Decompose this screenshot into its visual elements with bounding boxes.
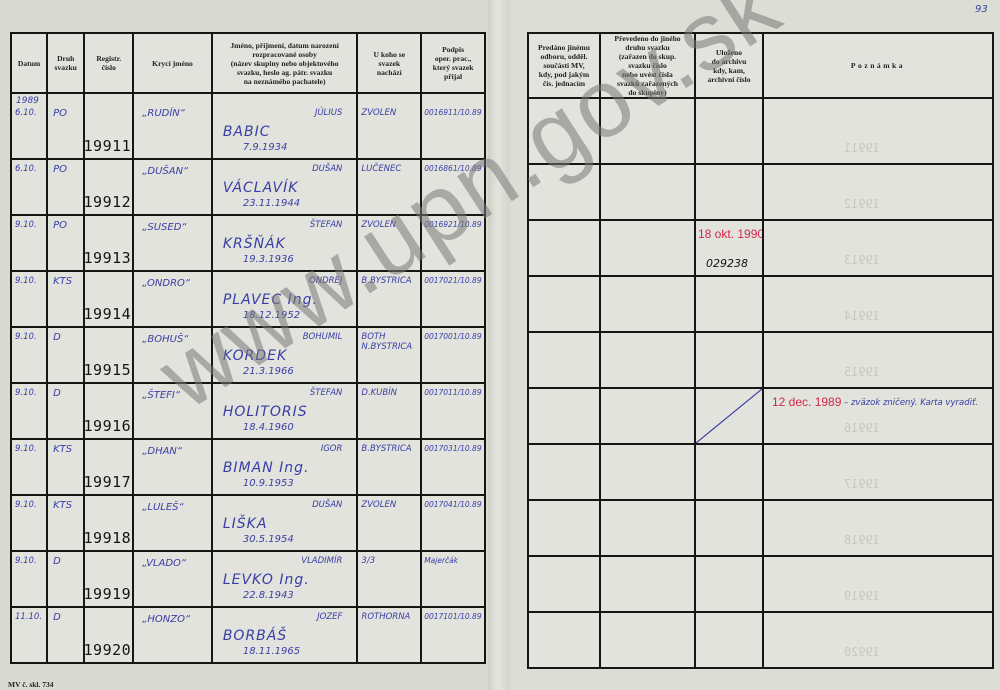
bleed-through-number: 19911 (844, 141, 880, 155)
date-cell: 9.10. (11, 215, 47, 271)
converted-cell (600, 556, 695, 612)
location: D.KUBÍN (361, 388, 415, 398)
bleed-through-number: 19918 (844, 533, 880, 547)
table-row-right: 1991612 dec. 1989– zväzok zničený. Karta… (528, 388, 993, 444)
bleed-through-number: 19912 (844, 197, 880, 211)
table-row-right: 19914 (528, 276, 993, 332)
cover-name: „SUSED“ (142, 222, 186, 233)
signature-cell: 0017041/10.89 (421, 495, 485, 551)
first-name: DUŠAN (312, 500, 342, 510)
date-cell: 9.10. (11, 383, 47, 439)
reg-cell: 19915 (84, 327, 133, 383)
location: ZVOLEN (361, 500, 415, 510)
reg-cell: 19919 (84, 551, 133, 607)
transferred-cell (528, 500, 600, 556)
file-type: D (53, 612, 61, 623)
table-row-right: 19917 (528, 444, 993, 500)
person-cell: BOHUMILKORDEK21.3.1966 (212, 327, 358, 383)
reg-cell: 19920 (84, 607, 133, 663)
bleed-through-number: 19915 (844, 365, 880, 379)
form-code: MV č. skl. 734 (8, 680, 54, 689)
birth-date: 22.8.1943 (243, 590, 294, 601)
bleed-through-number: 19920 (844, 645, 880, 659)
table-row-right: 19912 (528, 164, 993, 220)
signature: 0017101/10.89 (424, 612, 481, 621)
note-text: – zväzok zničený. Karta vyradiť. (844, 395, 984, 411)
date: 9.10. (15, 388, 37, 398)
location-cell: 3/3 (357, 551, 421, 607)
last-name: VÁCLAVÍK (223, 180, 299, 196)
last-name: KRŠŇÁK (223, 236, 286, 252)
signature: 0017021/10.89 (424, 276, 481, 285)
location: LUČENEC (361, 164, 415, 174)
signature: Majerčák (424, 556, 458, 565)
table-row-right: 19920 (528, 612, 993, 668)
table-row: 11.10.D19920„HONZO“JOZEFBORBÁŠ18.11.1965… (11, 607, 485, 663)
converted-cell (600, 164, 695, 220)
birth-date: 21.3.1966 (243, 366, 294, 377)
note-cell: 19913 (763, 220, 993, 276)
register-table-left: Datum Druh svazku Registr. číslo Krycí j… (10, 32, 486, 664)
location: ROTHORNA (361, 612, 415, 622)
location: B.BYSTRICA (361, 276, 415, 286)
signature-cell: Majerčák (421, 551, 485, 607)
file-type: D (53, 332, 61, 343)
person-cell: ŠTEFANKRŠŇÁK19.3.1936 (212, 215, 358, 271)
cover-name: „DUŠAN“ (142, 166, 188, 177)
note-cell: 19912 (763, 164, 993, 220)
location: ZVOLEN (361, 108, 415, 118)
table-row: 9.10.D19915„BOHUŠ“BOHUMILKORDEK21.3.1966… (11, 327, 485, 383)
reg-cell: 19914 (84, 271, 133, 327)
location-cell: B.BYSTRICA (357, 271, 421, 327)
note-cell: 19915 (763, 332, 993, 388)
archived-cell (695, 98, 763, 164)
transferred-cell (528, 612, 600, 668)
reg-number: 19914 (84, 305, 131, 323)
bleed-through-number: 19913 (844, 253, 880, 267)
type-cell: PO (47, 215, 84, 271)
register-table-right: Predáno jinému odboru, odděl. součásti M… (527, 32, 994, 669)
person-cell: ŠTEFANHOLITORIS18.4.1960 (212, 383, 358, 439)
signature-cell: 0017101/10.89 (421, 607, 485, 663)
archive-number: 029238 (706, 257, 748, 270)
last-name: PLAVEC Ing. (223, 292, 318, 308)
header-signature: Podpis oper. prac., který svazek přijal (421, 33, 485, 93)
note-cell: 19918 (763, 500, 993, 556)
location-cell: ZVOLEN (357, 215, 421, 271)
signature-cell: 0016911/10.89 (421, 93, 485, 159)
header-cover-name: Krycí jméno (133, 33, 212, 93)
note-cell: 1991612 dec. 1989– zväzok zničený. Karta… (763, 388, 993, 444)
birth-date: 30.5.1954 (243, 534, 294, 545)
transferred-cell (528, 276, 600, 332)
header-transferred: Predáno jinému odboru, odděl. součásti M… (528, 33, 600, 98)
transferred-cell (528, 220, 600, 276)
reg-cell: 19918 (84, 495, 133, 551)
table-row-right: 18 okt. 199002923819913 (528, 220, 993, 276)
last-name: KORDEK (223, 348, 287, 364)
archived-cell (695, 164, 763, 220)
year-label: 1989 (16, 96, 39, 106)
type-cell: D (47, 551, 84, 607)
crossed-out-mark (696, 389, 762, 443)
cover-cell: „HONZO“ (133, 607, 212, 663)
date-cell: 19896.10. (11, 93, 47, 159)
header-date: Datum (11, 33, 47, 93)
date-cell: 6.10. (11, 159, 47, 215)
signature: 0016911/10.89 (424, 108, 481, 117)
birth-date: 19.3.1936 (243, 254, 294, 265)
file-type: KTS (53, 444, 72, 455)
header-converted: Převedeno do jiného druhu svazku (zařaze… (600, 33, 695, 98)
location-cell: B.BYSTRICA (357, 439, 421, 495)
converted-cell (600, 276, 695, 332)
table-row-right: 19915 (528, 332, 993, 388)
reg-number: 19917 (84, 473, 131, 491)
page-number: 93 (975, 4, 988, 15)
file-type: PO (53, 108, 67, 119)
cover-cell: „LULEŠ“ (133, 495, 212, 551)
cover-name: „LULEŠ“ (142, 502, 184, 513)
table-row-right: 19919 (528, 556, 993, 612)
first-name: JÚLIUS (315, 108, 343, 118)
reg-cell: 19916 (84, 383, 133, 439)
location-cell: ZVOLEN (357, 495, 421, 551)
header-archived: Uloženo do archivu kdy, kam, archivní čí… (695, 33, 763, 98)
birth-date: 18.11.1965 (243, 646, 300, 657)
reg-number: 19918 (84, 529, 131, 547)
location-cell: ZVOLEN (357, 93, 421, 159)
bleed-through-number: 19917 (844, 477, 880, 491)
signature: 0017031/10.89 (424, 444, 481, 453)
signature: 0016861/10.89 (424, 164, 481, 173)
header-file-type: Druh svazku (47, 33, 84, 93)
bleed-through-number: 19916 (844, 421, 880, 435)
date: 11.10. (15, 612, 42, 622)
cover-name: „ŠTEFI“ (142, 390, 180, 401)
cover-name: „BOHUŠ“ (142, 334, 188, 345)
first-name: JOZEF (317, 612, 342, 622)
last-name: LIŠKA (223, 516, 268, 532)
cover-cell: „DUŠAN“ (133, 159, 212, 215)
table-row: 9.10.PO19913„SUSED“ŠTEFANKRŠŇÁK19.3.1936… (11, 215, 485, 271)
reg-number: 19915 (84, 361, 131, 379)
cover-cell: „ŠTEFI“ (133, 383, 212, 439)
reg-cell: 19917 (84, 439, 133, 495)
first-name: DUŠAN (312, 164, 342, 174)
file-type: PO (53, 220, 67, 231)
type-cell: PO (47, 93, 84, 159)
person-cell: IGORBIMAN Ing.10.9.1953 (212, 439, 358, 495)
date: 9.10. (15, 220, 37, 230)
table-row-right: 19918 (528, 500, 993, 556)
person-cell: VLADIMÍRLEVKO Ing.22.8.1943 (212, 551, 358, 607)
cover-name: „HONZO“ (142, 614, 190, 625)
signature-cell: 0017011/10.89 (421, 383, 485, 439)
date-cell: 9.10. (11, 495, 47, 551)
transferred-cell (528, 98, 600, 164)
header-location: U koho se svazek nachází (357, 33, 421, 93)
first-name: ŠTEFAN (310, 220, 343, 230)
first-name: VLADIMÍR (301, 556, 342, 566)
cover-cell: „DHAN“ (133, 439, 212, 495)
person-cell: ONDREJPLAVEC Ing.18.12.1952 (212, 271, 358, 327)
date: 9.10. (15, 500, 37, 510)
location: B.BYSTRICA (361, 444, 415, 454)
transferred-cell (528, 556, 600, 612)
transferred-cell (528, 444, 600, 500)
birth-date: 18.4.1960 (243, 422, 294, 433)
converted-cell (600, 444, 695, 500)
archived-cell (695, 444, 763, 500)
converted-cell (600, 220, 695, 276)
note-cell: 19919 (763, 556, 993, 612)
table-row: 6.10.PO19912„DUŠAN“DUŠANVÁCLAVÍK23.11.19… (11, 159, 485, 215)
converted-cell (600, 500, 695, 556)
archived-cell (695, 612, 763, 668)
type-cell: D (47, 607, 84, 663)
person-cell: JÚLIUSBABIC7.9.1934 (212, 93, 358, 159)
date: 9.10. (15, 556, 37, 566)
first-name: ŠTEFAN (310, 388, 343, 398)
first-name: IGOR (321, 444, 343, 454)
archived-cell (695, 500, 763, 556)
location: BOTH N.BYSTRICA (361, 332, 415, 352)
file-type: D (53, 556, 61, 567)
birth-date: 23.11.1944 (243, 198, 300, 209)
signature-cell: 0017001/10.89 (421, 327, 485, 383)
archived-cell (695, 332, 763, 388)
header-row: Datum Druh svazku Registr. číslo Krycí j… (11, 33, 485, 93)
date: 9.10. (15, 276, 37, 286)
location-cell: ROTHORNA (357, 607, 421, 663)
archived-cell: 18 okt. 1990029238 (695, 220, 763, 276)
archived-cell (695, 388, 763, 444)
location-cell: LUČENEC (357, 159, 421, 215)
converted-cell (600, 332, 695, 388)
cover-name: „VLADO“ (142, 558, 186, 569)
reg-cell: 19911 (84, 93, 133, 159)
table-row: 9.10.KTS19917„DHAN“IGORBIMAN Ing.10.9.19… (11, 439, 485, 495)
cover-cell: „RUDÍN“ (133, 93, 212, 159)
note-cell: 19911 (763, 98, 993, 164)
file-type: KTS (53, 276, 72, 287)
first-name: ONDREJ (309, 276, 342, 286)
transferred-cell (528, 388, 600, 444)
date-cell: 9.10. (11, 271, 47, 327)
reg-cell: 19913 (84, 215, 133, 271)
header-row-right: Predáno jinému odboru, odděl. součásti M… (528, 33, 993, 98)
location: 3/3 (361, 556, 415, 566)
signature-cell: 0016861/10.89 (421, 159, 485, 215)
last-name: BIMAN Ing. (223, 460, 310, 476)
table-row: 9.10.D19919„VLADO“VLADIMÍRLEVKO Ing.22.8… (11, 551, 485, 607)
cover-name: „ONDRO“ (142, 278, 190, 289)
signature: 0017011/10.89 (424, 388, 481, 397)
first-name: BOHUMIL (303, 332, 343, 342)
signature-cell: 0017031/10.89 (421, 439, 485, 495)
header-note: Poznámka (763, 33, 993, 98)
cover-cell: „SUSED“ (133, 215, 212, 271)
person-cell: DUŠANLIŠKA30.5.1954 (212, 495, 358, 551)
type-cell: PO (47, 159, 84, 215)
location-cell: BOTH N.BYSTRICA (357, 327, 421, 383)
note-cell: 19917 (763, 444, 993, 500)
reg-number: 19920 (84, 641, 131, 659)
signature: 0016921/10.89 (424, 220, 481, 229)
person-cell: JOZEFBORBÁŠ18.11.1965 (212, 607, 358, 663)
converted-cell (600, 98, 695, 164)
table-row: 9.10.KTS19914„ONDRO“ONDREJPLAVEC Ing.18.… (11, 271, 485, 327)
location: ZVOLEN (361, 220, 415, 230)
archived-cell (695, 276, 763, 332)
location-cell: D.KUBÍN (357, 383, 421, 439)
cover-name: „RUDÍN“ (142, 108, 185, 119)
table-row: 9.10.KTS19918„LULEŠ“DUŠANLIŠKA30.5.1954Z… (11, 495, 485, 551)
converted-cell (600, 388, 695, 444)
date: 6.10. (15, 164, 37, 174)
header-reg-number: Registr. číslo (84, 33, 133, 93)
note-date-stamp: 12 dec. 1989 (772, 395, 841, 409)
signature-cell: 0017021/10.89 (421, 271, 485, 327)
person-cell: DUŠANVÁCLAVÍK23.11.1944 (212, 159, 358, 215)
cover-cell: „VLADO“ (133, 551, 212, 607)
date: 9.10. (15, 444, 37, 454)
transferred-cell (528, 332, 600, 388)
date-cell: 11.10. (11, 607, 47, 663)
table-row-right: 19911 (528, 98, 993, 164)
cover-name: „DHAN“ (142, 446, 182, 457)
book-gutter (488, 0, 510, 690)
type-cell: D (47, 327, 84, 383)
reg-number: 19913 (84, 249, 131, 267)
date: 6.10. (15, 108, 37, 118)
table-row: 9.10.D19916„ŠTEFI“ŠTEFANHOLITORIS18.4.19… (11, 383, 485, 439)
reg-number: 19912 (84, 193, 131, 211)
type-cell: KTS (47, 495, 84, 551)
bleed-through-number: 19914 (844, 309, 880, 323)
last-name: BABIC (223, 124, 271, 140)
header-person: Jméno, příjmení, datum narození rozpraco… (212, 33, 358, 93)
file-type: KTS (53, 500, 72, 511)
last-name: BORBÁŠ (223, 628, 287, 644)
signature: 0017041/10.89 (424, 500, 481, 509)
cover-cell: „ONDRO“ (133, 271, 212, 327)
note-cell: 19920 (763, 612, 993, 668)
cover-cell: „BOHUŠ“ (133, 327, 212, 383)
note-cell: 19914 (763, 276, 993, 332)
reg-cell: 19912 (84, 159, 133, 215)
birth-date: 18.12.1952 (243, 310, 300, 321)
date: 9.10. (15, 332, 37, 342)
file-type: PO (53, 164, 67, 175)
converted-cell (600, 612, 695, 668)
archived-cell (695, 556, 763, 612)
date-cell: 9.10. (11, 551, 47, 607)
last-name: LEVKO Ing. (223, 572, 310, 588)
birth-date: 10.9.1953 (243, 478, 294, 489)
reg-number: 19916 (84, 417, 131, 435)
date-cell: 9.10. (11, 439, 47, 495)
bleed-through-number: 19919 (844, 589, 880, 603)
date-cell: 9.10. (11, 327, 47, 383)
type-cell: KTS (47, 271, 84, 327)
reg-number: 19911 (84, 137, 131, 155)
table-row: 19896.10.PO19911„RUDÍN“JÚLIUSBABIC7.9.19… (11, 93, 485, 159)
reg-number: 19919 (84, 585, 131, 603)
last-name: HOLITORIS (223, 404, 308, 420)
archive-date-stamp: 18 okt. 1990 (698, 227, 763, 241)
signature-cell: 0016921/10.89 (421, 215, 485, 271)
signature: 0017001/10.89 (424, 332, 481, 341)
birth-date: 7.9.1934 (243, 142, 288, 153)
type-cell: KTS (47, 439, 84, 495)
file-type: D (53, 388, 61, 399)
transferred-cell (528, 164, 600, 220)
type-cell: D (47, 383, 84, 439)
